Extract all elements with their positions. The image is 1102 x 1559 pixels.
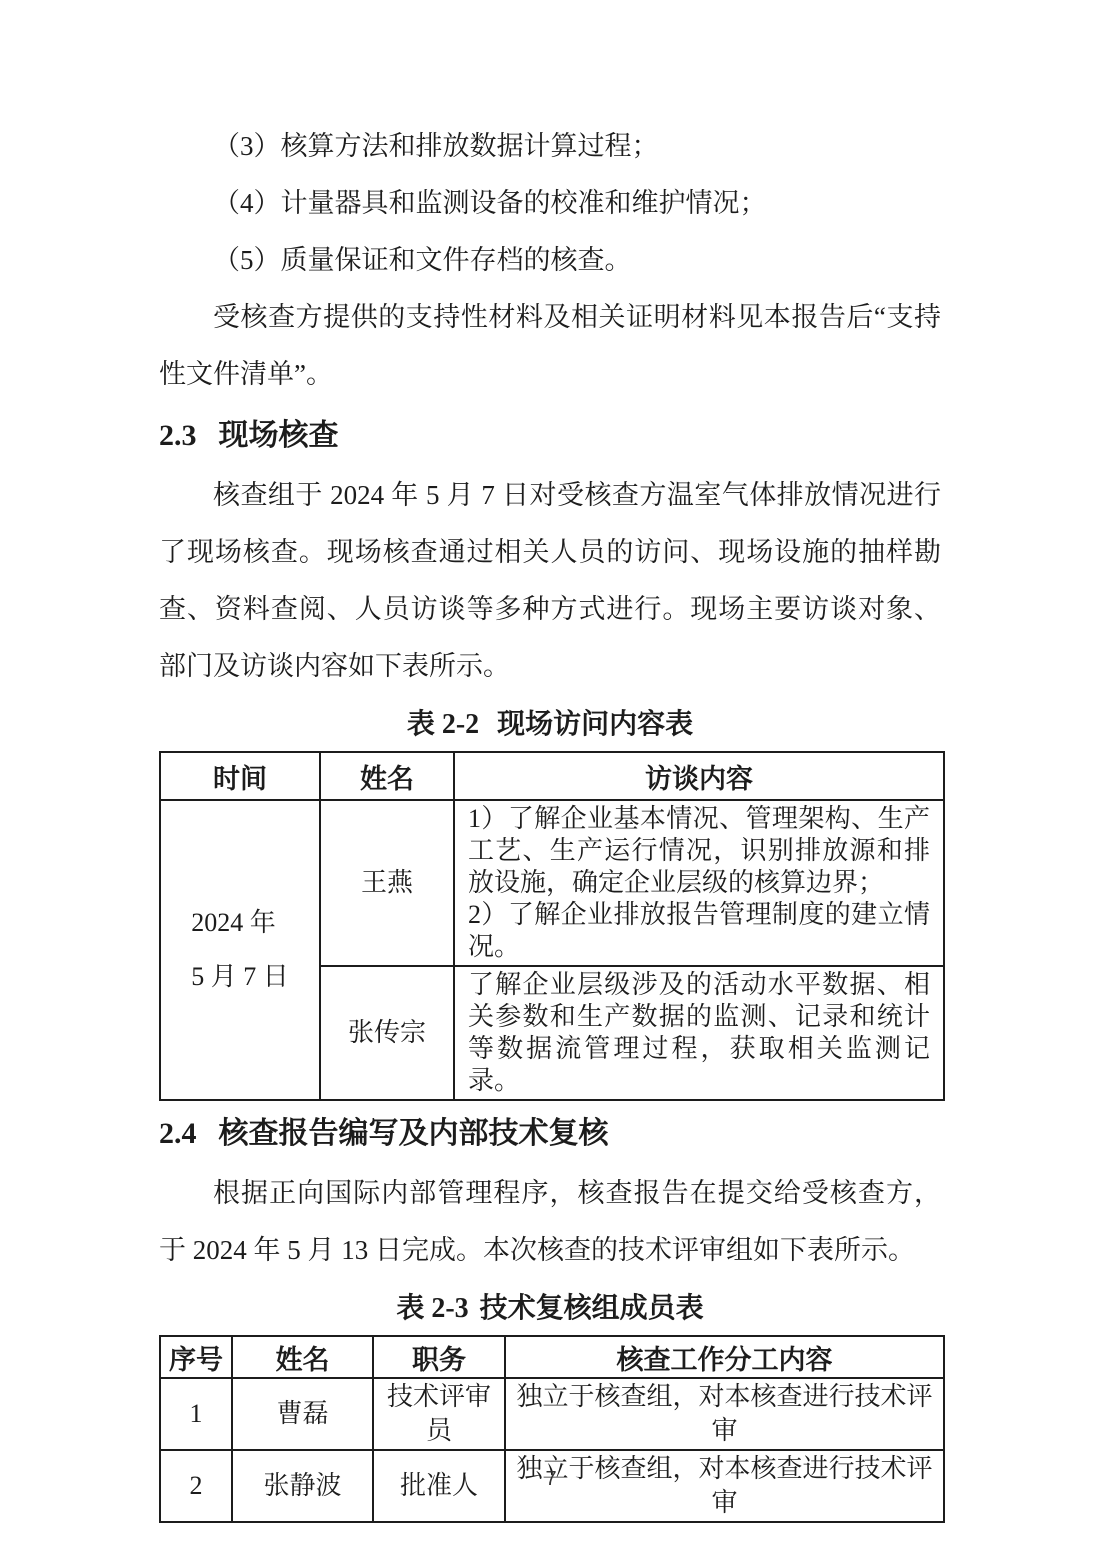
table-2-3-label: 表 2-3 (396, 1293, 468, 1324)
page-number: 7 (0, 1468, 1102, 1491)
section-2-3-paragraph: 核查组于 2024 年 5 月 7 日对受核查方温室气体排放情况进行了现场核查。… (159, 467, 941, 695)
table-2-2-title: 表 2-2现场访问内容表 (159, 705, 941, 745)
support-materials-paragraph: 受核查方提供的支持性材料及相关证明材料见本报告后“支持性文件清单”。 (159, 289, 941, 403)
table-row: 1 曹磊 技术评审员 独立于核查组，对本核查进行技术评审 (160, 1378, 944, 1450)
section-2-3-title: 现场核查 (219, 419, 339, 452)
section-2-3-number: 2.3 (159, 413, 197, 459)
name-cell: 曹磊 (232, 1378, 373, 1450)
table-2-3-title: 表 2-3技术复核组成员表 (159, 1289, 941, 1329)
section-2-4-paragraph: 根据正向国际内部管理程序，核查报告在提交给受核查方，于 2024 年 5 月 1… (159, 1165, 941, 1279)
table-2-2-label: 表 2-2 (407, 709, 479, 740)
col-header-time: 时间 (160, 752, 320, 800)
col-header-content: 访谈内容 (454, 752, 944, 800)
interview-content-cell: 了解企业层级涉及的活动水平数据、相关参数和生产数据的监测、记录和统计等数据流管理… (454, 966, 944, 1100)
section-2-4-heading: 2.4核查报告编写及内部技术复核 (159, 1111, 941, 1157)
section-2-3-heading: 2.3现场核查 (159, 413, 941, 459)
col-header-name: 姓名 (320, 752, 454, 800)
col-header-duty: 核查工作分工内容 (505, 1336, 944, 1378)
name-cell: 张传宗 (320, 966, 454, 1100)
document-page: （3）核算方法和排放数据计算过程； （4）计量器具和监测设备的校准和维护情况； … (0, 0, 1102, 1559)
role-cell: 技术评审员 (373, 1378, 505, 1450)
index-cell: 1 (160, 1378, 232, 1450)
section-2-4-number: 2.4 (159, 1111, 197, 1157)
page-content: （3）核算方法和排放数据计算过程； （4）计量器具和监测设备的校准和维护情况； … (0, 0, 1102, 1523)
section-2-4-title: 核查报告编写及内部技术复核 (219, 1117, 609, 1150)
table-header-row: 序号 姓名 职务 核查工作分工内容 (160, 1336, 944, 1378)
table-row: 2024 年 5 月 7 日 王燕 1）了解企业基本情况、管理架构、生产工艺、生… (160, 800, 944, 966)
col-header-role: 职务 (373, 1336, 505, 1378)
interview-content-table: 时间 姓名 访谈内容 2024 年 5 月 7 日 王燕 1）了解企业基本情况、… (159, 751, 945, 1101)
review-team-table: 序号 姓名 职务 核查工作分工内容 1 曹磊 技术评审员 独立于核查组，对本核查… (159, 1335, 945, 1523)
time-cell: 2024 年 5 月 7 日 (160, 800, 320, 1100)
table-header-row: 时间 姓名 访谈内容 (160, 752, 944, 800)
col-header-index: 序号 (160, 1336, 232, 1378)
name-cell: 王燕 (320, 800, 454, 966)
interview-content-cell: 1）了解企业基本情况、管理架构、生产工艺、生产运行情况，识别排放源和排放设施，确… (454, 800, 944, 966)
table-2-3-caption: 技术复核组成员表 (480, 1293, 704, 1324)
list-item-4: （4）计量器具和监测设备的校准和维护情况； (159, 175, 941, 232)
time-value: 2024 年 5 月 7 日 (191, 896, 289, 1004)
table-2-2-caption: 现场访问内容表 (497, 709, 693, 740)
duty-cell: 独立于核查组，对本核查进行技术评审 (505, 1378, 944, 1450)
list-item-5: （5）质量保证和文件存档的核查。 (159, 232, 941, 289)
list-item-3: （3）核算方法和排放数据计算过程； (159, 118, 941, 175)
col-header-name: 姓名 (232, 1336, 373, 1378)
